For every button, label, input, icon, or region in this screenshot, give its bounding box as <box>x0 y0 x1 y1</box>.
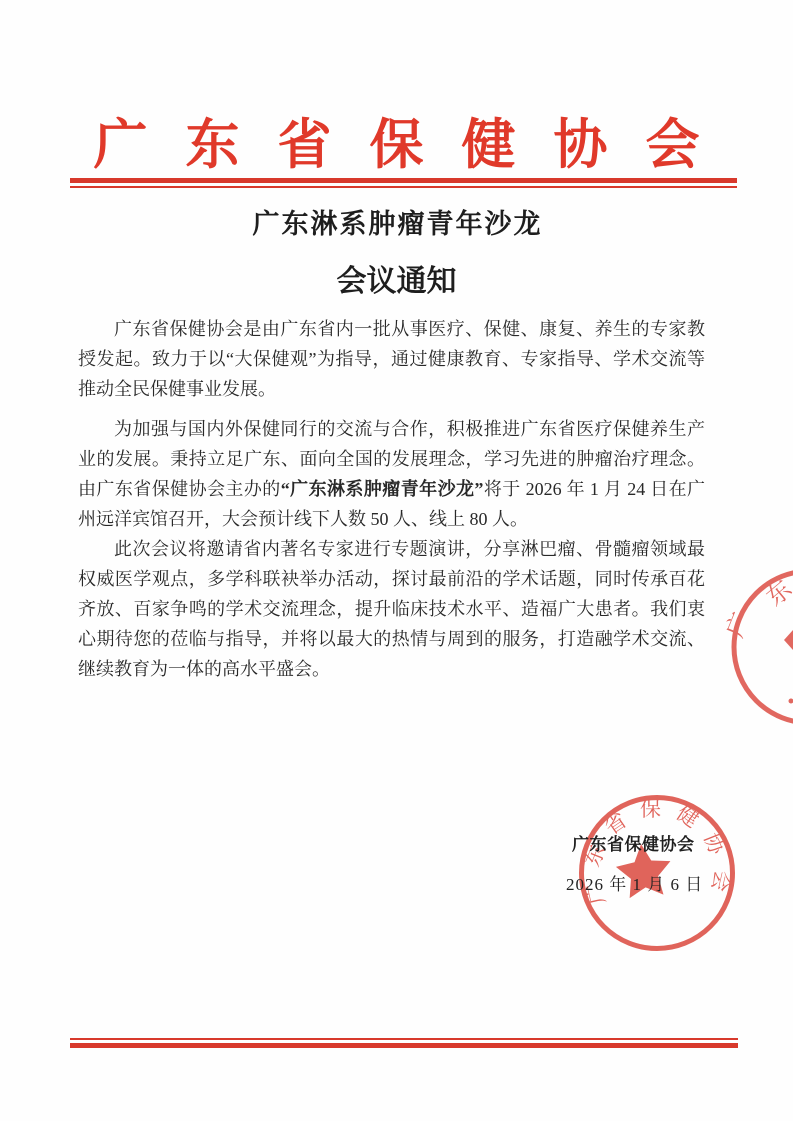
document-body: 广东省保健协会是由广东省内一批从事医疗、保健、康复、养生的专家教授发起。致力于以… <box>78 314 705 684</box>
edge-seal-star-icon <box>784 630 793 650</box>
signature-date: 2026 年 1 月 6 日 <box>566 870 703 895</box>
edge-seal-char: 东 <box>762 575 793 611</box>
edge-seal: 东 广 <box>723 561 793 733</box>
footer-rule-thick <box>70 1043 738 1048</box>
paragraph-1: 广东省保健协会是由广东省内一批从事医疗、保健、康复、养生的专家教授发起。致力于以… <box>78 314 705 404</box>
paragraph-2-highlight: “广东淋系肿瘤青年沙龙” <box>281 479 484 499</box>
document-title: 广东淋系肿瘤青年沙龙 <box>0 202 793 241</box>
document-subtitle: 会议通知 <box>0 256 793 300</box>
paragraph-3: 此次会议将邀请省内著名专家进行专题演讲，分享淋巴瘤、骨髓瘤领域最权威医学观点，多… <box>78 534 705 684</box>
edge-seal-char: 广 <box>723 609 756 641</box>
signature-org: 广东省保健协会 <box>572 830 695 855</box>
paragraph-2: 为加强与国内外保健同行的交流与合作，积极推进广东省医疗保健养生产业的发展。秉持立… <box>78 414 705 534</box>
letterhead-org-name: 广东省保健协会 <box>0 102 793 179</box>
edge-seal-speck <box>789 699 793 704</box>
header-rule-thin <box>70 186 737 188</box>
footer-rule <box>70 1038 738 1048</box>
document-page: 广东省保健协会 广东淋系肿瘤青年沙龙 会议通知 广东省保健协会是由广东省内一批从… <box>0 0 793 1121</box>
header-rule <box>70 178 737 188</box>
